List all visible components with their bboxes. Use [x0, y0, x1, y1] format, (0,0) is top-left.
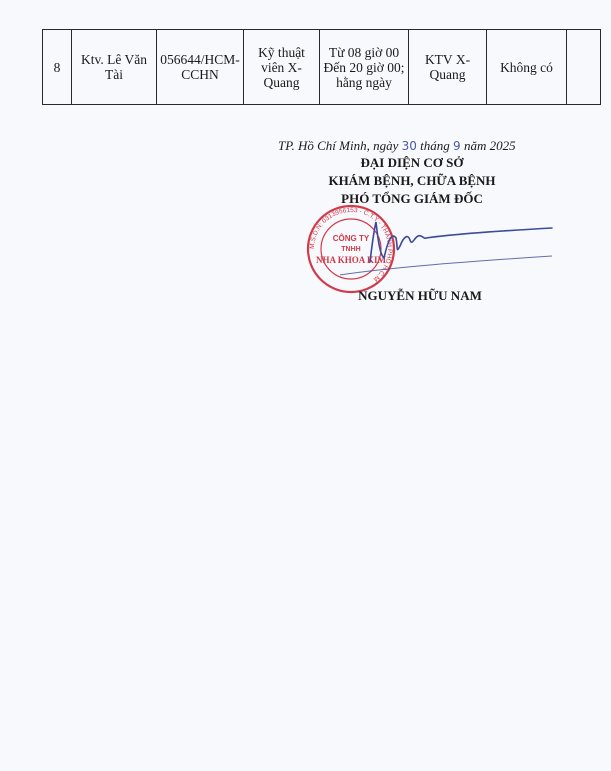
signer-name: NGUYỄN HỮU NAM [270, 288, 570, 304]
signature-icon [340, 210, 555, 280]
year-label: năm 2025 [464, 138, 516, 153]
date-prefix: TP. Hồ Chí Minh, ngày [278, 138, 398, 153]
cell-stt: 8 [43, 30, 72, 105]
cell-schedule: Từ 08 giờ 00 Đến 20 giờ 00; hằng ngày [320, 30, 409, 105]
title-line-1: ĐẠI DIỆN CƠ SỞ [262, 155, 562, 171]
cell-name: Ktv. Lê Văn Tài [72, 30, 157, 105]
document-page: 8 Ktv. Lê Văn Tài 056644/HCM-CCHN Kỹ thu… [0, 0, 611, 771]
cell-position: KTV X-Quang [409, 30, 487, 105]
cell-note [567, 30, 601, 105]
title-line-2: KHÁM BỆNH, CHỮA BỆNH [262, 173, 562, 189]
month-label: tháng [420, 138, 450, 153]
cell-other: Không có [487, 30, 567, 105]
cell-license: 056644/HCM-CCHN [157, 30, 244, 105]
date-line: TP. Hồ Chí Minh, ngày 30 tháng 9 năm 202… [278, 138, 516, 154]
cell-qualification: Kỹ thuật viên X-Quang [244, 30, 320, 105]
handwritten-day: 30 [402, 139, 417, 153]
staff-table: 8 Ktv. Lê Văn Tài 056644/HCM-CCHN Kỹ thu… [42, 29, 601, 105]
table-row: 8 Ktv. Lê Văn Tài 056644/HCM-CCHN Kỹ thu… [43, 30, 601, 105]
handwritten-month: 9 [453, 139, 461, 153]
